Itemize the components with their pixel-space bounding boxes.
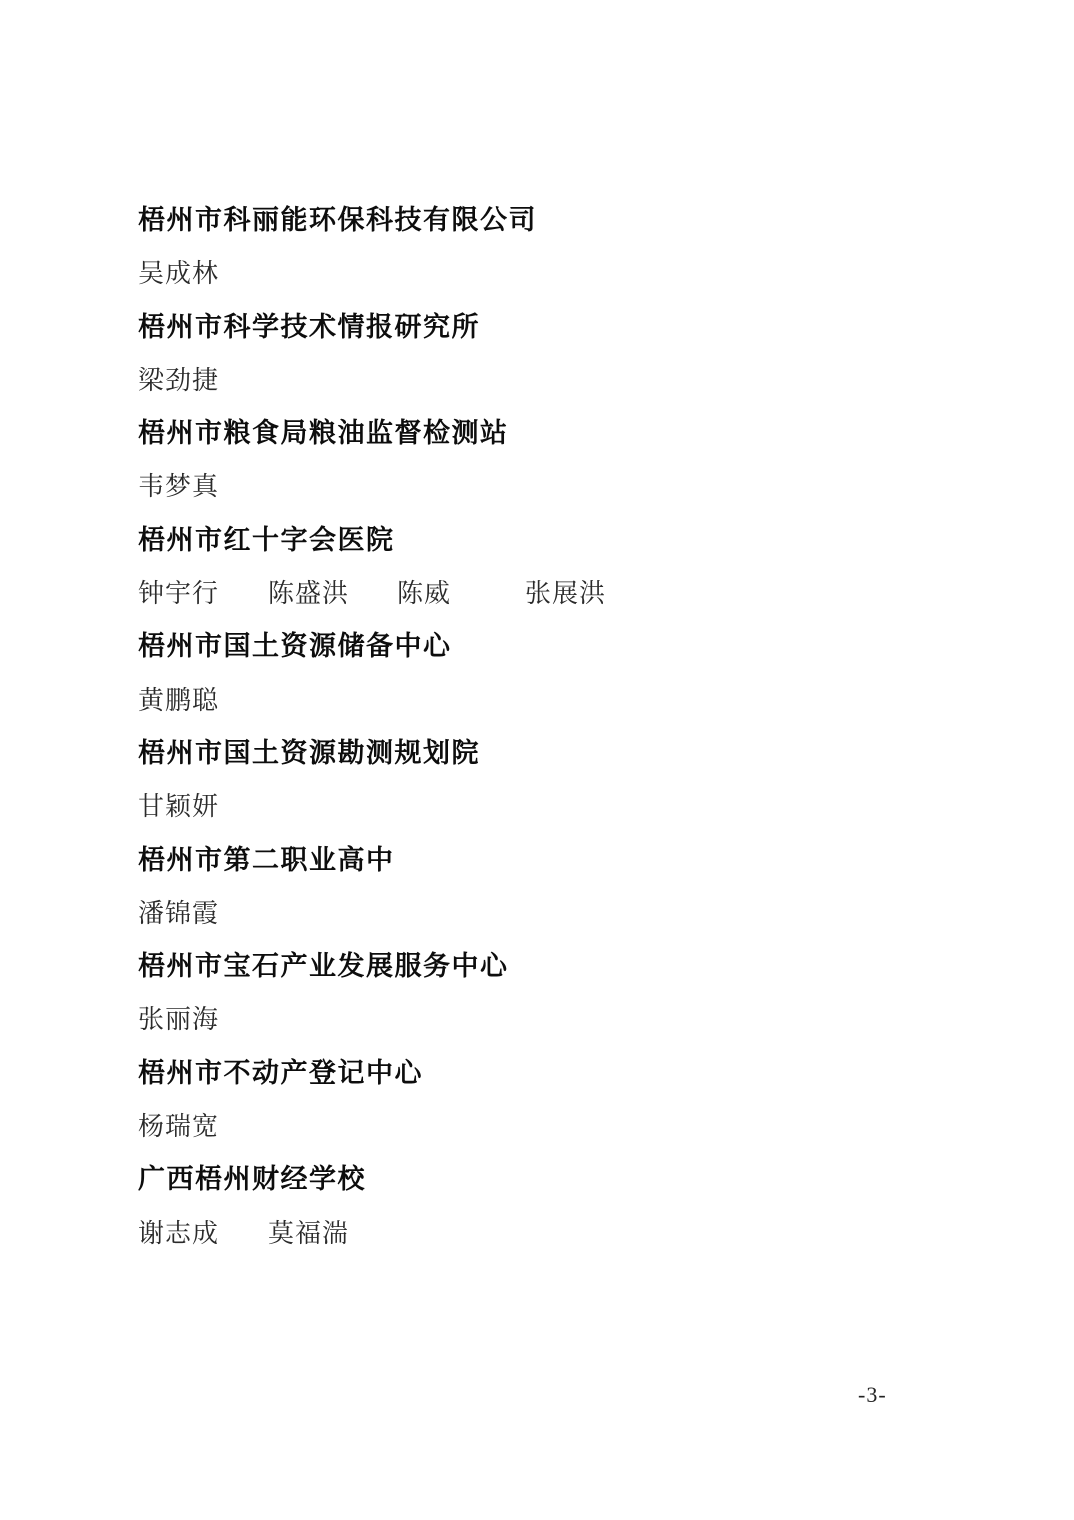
person-name: 钟宇行 bbox=[138, 572, 219, 616]
organization-heading: 梧州市科丽能环保科技有限公司 bbox=[138, 199, 938, 252]
list-entry: 广西梧州财经学校 谢志成 莫福湍 bbox=[138, 1158, 938, 1265]
people-row: 杨瑞宽 bbox=[138, 1105, 938, 1158]
organization-heading: 梧州市红十字会医院 bbox=[138, 519, 938, 572]
person-name: 谢志成 bbox=[138, 1212, 219, 1256]
person-name: 韦梦真 bbox=[138, 465, 219, 509]
list-entry: 梧州市粮食局粮油监督检测站 韦梦真 bbox=[138, 412, 938, 519]
people-row: 韦梦真 bbox=[138, 465, 938, 518]
list-entry: 梧州市不动产登记中心 杨瑞宽 bbox=[138, 1052, 938, 1159]
person-name: 梁劲捷 bbox=[138, 359, 219, 403]
list-entry: 梧州市国土资源储备中心 黄鹏聪 bbox=[138, 625, 938, 732]
person-name: 张丽海 bbox=[138, 998, 219, 1042]
organization-heading: 梧州市科学技术情报研究所 bbox=[138, 306, 938, 359]
person-name: 莫福湍 bbox=[268, 1212, 349, 1256]
award-list: 梧州市科丽能环保科技有限公司 吴成林 梧州市科学技术情报研究所 梁劲捷 梧州市粮… bbox=[138, 199, 938, 1265]
organization-heading: 梧州市宝石产业发展服务中心 bbox=[138, 945, 938, 998]
people-row: 谢志成 莫福湍 bbox=[138, 1212, 938, 1265]
person-name: 陈威 bbox=[397, 572, 451, 616]
people-row: 黄鹏聪 bbox=[138, 679, 938, 732]
person-name: 吴成林 bbox=[138, 252, 219, 296]
people-row: 潘锦霞 bbox=[138, 892, 938, 945]
person-name: 潘锦霞 bbox=[138, 892, 219, 936]
people-row: 钟宇行 陈盛洪 陈威 张展洪 bbox=[138, 572, 938, 625]
list-entry: 梧州市科学技术情报研究所 梁劲捷 bbox=[138, 306, 938, 413]
page-number: -3- bbox=[858, 1382, 887, 1408]
list-entry: 梧州市科丽能环保科技有限公司 吴成林 bbox=[138, 199, 938, 306]
organization-heading: 梧州市国土资源勘测规划院 bbox=[138, 732, 938, 785]
person-name: 甘颖妍 bbox=[138, 785, 219, 829]
list-entry: 梧州市红十字会医院 钟宇行 陈盛洪 陈威 张展洪 bbox=[138, 519, 938, 626]
list-entry: 梧州市宝石产业发展服务中心 张丽海 bbox=[138, 945, 938, 1052]
person-name: 张展洪 bbox=[525, 572, 606, 616]
organization-heading: 梧州市不动产登记中心 bbox=[138, 1052, 938, 1105]
document-page: 梧州市科丽能环保科技有限公司 吴成林 梧州市科学技术情报研究所 梁劲捷 梧州市粮… bbox=[0, 0, 1074, 1520]
organization-heading: 梧州市国土资源储备中心 bbox=[138, 625, 938, 678]
organization-heading: 梧州市第二职业高中 bbox=[138, 839, 938, 892]
people-row: 梁劲捷 bbox=[138, 359, 938, 412]
people-row: 甘颖妍 bbox=[138, 785, 938, 838]
organization-heading: 梧州市粮食局粮油监督检测站 bbox=[138, 412, 938, 465]
person-name: 黄鹏聪 bbox=[138, 679, 219, 723]
organization-heading: 广西梧州财经学校 bbox=[138, 1158, 938, 1211]
list-entry: 梧州市第二职业高中 潘锦霞 bbox=[138, 839, 938, 946]
person-name: 杨瑞宽 bbox=[138, 1105, 219, 1149]
list-entry: 梧州市国土资源勘测规划院 甘颖妍 bbox=[138, 732, 938, 839]
people-row: 吴成林 bbox=[138, 252, 938, 305]
people-row: 张丽海 bbox=[138, 998, 938, 1051]
person-name: 陈盛洪 bbox=[268, 572, 349, 616]
